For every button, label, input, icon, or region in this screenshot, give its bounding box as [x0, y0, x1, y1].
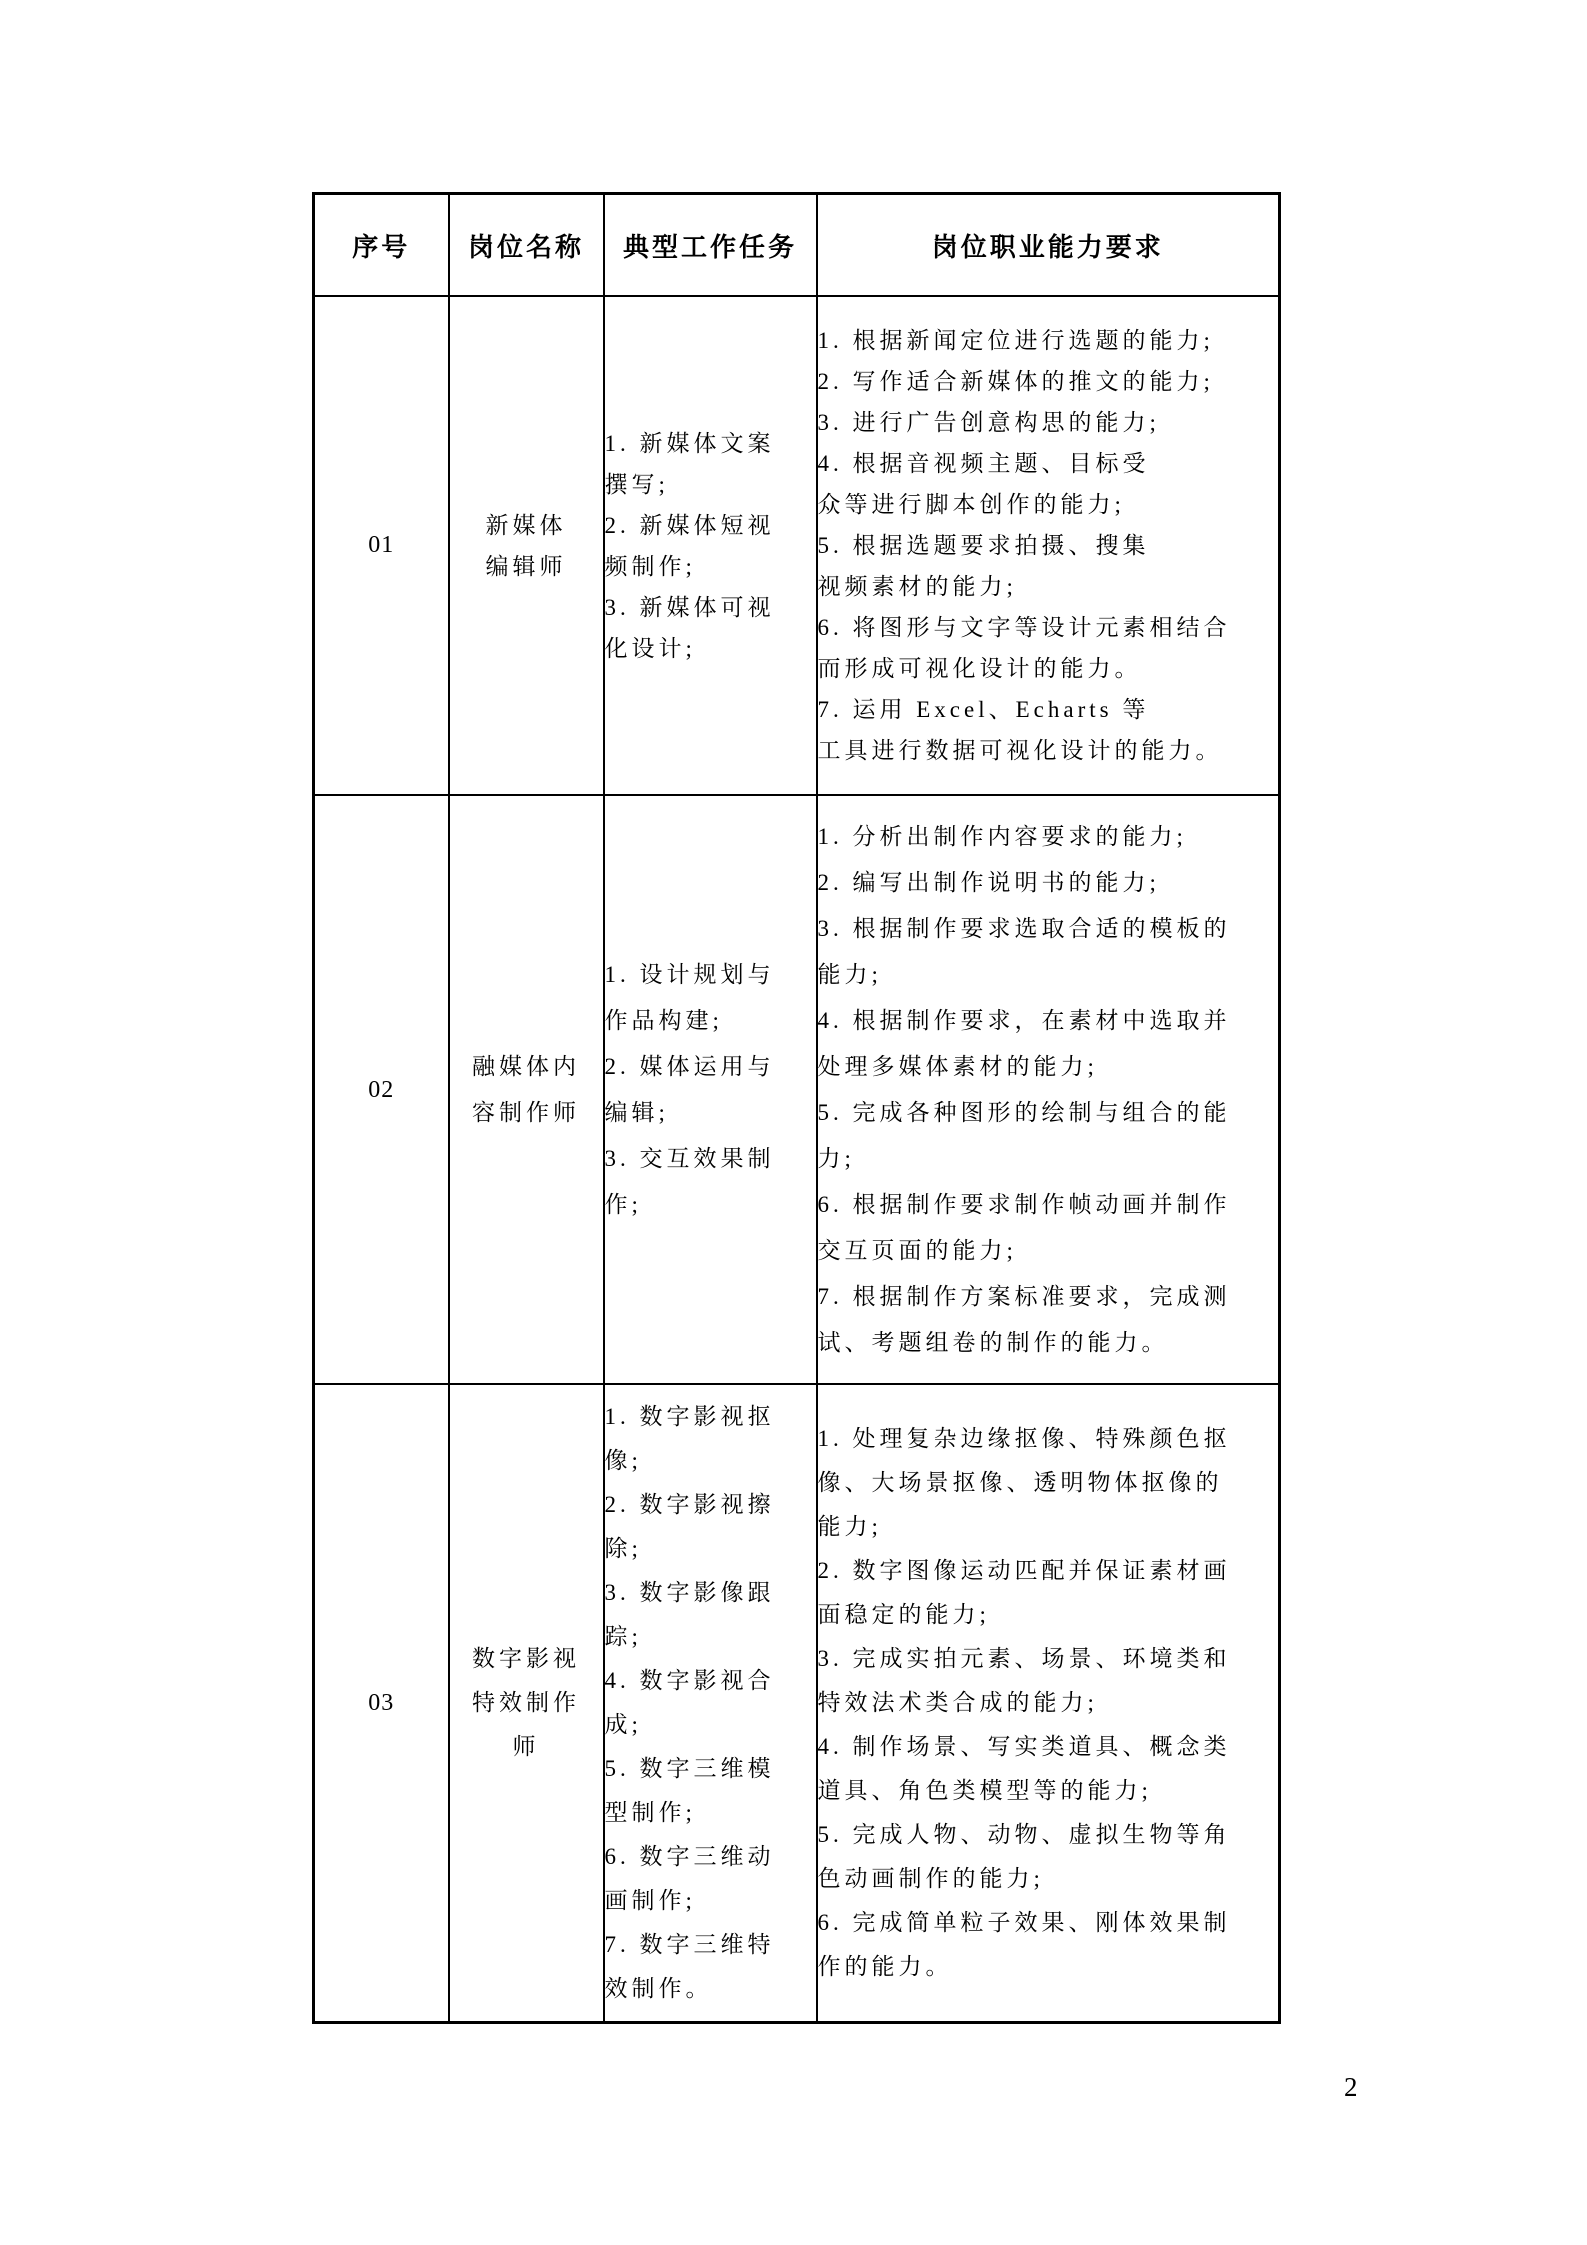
cell-text-line: 1. 处理复杂边缘抠像、特殊颜色抠 像、大场景抠像、透明物体抠像的 能力;: [818, 1417, 1279, 1549]
cell-position-name: 融媒体内 容制作师: [449, 795, 604, 1384]
cell-number: 01: [314, 296, 449, 795]
cell-text-line: 4. 根据音视频主题、目标受 众等进行脚本创作的能力;: [818, 443, 1279, 525]
cell-text-line: 6. 完成简单粒子效果、刚体效果制 作的能力。: [818, 1901, 1279, 1989]
table-row: 01 新媒体 编辑师 1. 新媒体文案 撰写;2. 新媒体短视 频制作;3. 新…: [314, 296, 1280, 795]
cell-text-line: 1. 新媒体文案 撰写;: [605, 423, 816, 505]
cell-text-line: 5. 完成各种图形的绘制与组合的能 力;: [818, 1090, 1279, 1182]
cell-text-line: 2. 写作适合新媒体的推文的能力;: [818, 361, 1279, 402]
document-page: 序号 岗位名称 典型工作任务 岗位职业能力要求 01 新媒体 编辑师 1. 新媒…: [0, 0, 1587, 2245]
header-cell-position-name: 岗位名称: [449, 194, 604, 297]
table-row: 02 融媒体内 容制作师 1. 设计规划与 作品构建;2. 媒体运用与 编辑;3…: [314, 795, 1280, 1384]
cell-text-line: 3. 根据制作要求选取合适的模板的 能力;: [818, 906, 1279, 998]
cell-text-line: 2. 编写出制作说明书的能力;: [818, 860, 1279, 906]
cell-position-name: 数字影视 特效制作 师: [449, 1384, 604, 2023]
cell-text-line: 5. 数字三维模 型制作;: [605, 1747, 816, 1835]
header-cell-ability-requirements: 岗位职业能力要求: [817, 194, 1280, 297]
cell-text-line: 5. 根据选题要求拍摄、搜集 视频素材的能力;: [818, 525, 1279, 607]
cell-number: 02: [314, 795, 449, 1384]
header-cell-typical-tasks: 典型工作任务: [604, 194, 817, 297]
cell-text-line: 7. 数字三维特 效制作。: [605, 1923, 816, 2011]
cell-number: 03: [314, 1384, 449, 2023]
cell-text-line: 2. 媒体运用与 编辑;: [605, 1044, 816, 1136]
positions-table: 序号 岗位名称 典型工作任务 岗位职业能力要求 01 新媒体 编辑师 1. 新媒…: [312, 192, 1281, 2024]
cell-text-line: 1. 设计规划与 作品构建;: [605, 952, 816, 1044]
cell-text-line: 7. 运用 Excel、Echarts 等 工具进行数据可视化设计的能力。: [818, 689, 1279, 771]
cell-text-line: 6. 数字三维动 画制作;: [605, 1835, 816, 1923]
cell-text-line: 1. 根据新闻定位进行选题的能力;: [818, 320, 1279, 361]
table-header-row: 序号 岗位名称 典型工作任务 岗位职业能力要求: [314, 194, 1280, 297]
cell-text-line: 2. 新媒体短视 频制作;: [605, 505, 816, 587]
cell-text-line: 3. 交互效果制 作;: [605, 1136, 816, 1228]
cell-text-line: 1. 分析出制作内容要求的能力;: [818, 814, 1279, 860]
cell-text-line: 4. 制作场景、写实类道具、概念类 道具、角色类模型等的能力;: [818, 1725, 1279, 1813]
cell-text-line: 4. 数字影视合 成;: [605, 1659, 816, 1747]
cell-text-line: 6. 根据制作要求制作帧动画并制作 交互页面的能力;: [818, 1182, 1279, 1274]
cell-text-line: 3. 完成实拍元素、场景、环境类和 特效法术类合成的能力;: [818, 1637, 1279, 1725]
cell-tasks: 1. 设计规划与 作品构建;2. 媒体运用与 编辑;3. 交互效果制 作;: [604, 795, 817, 1384]
table-row: 03 数字影视 特效制作 师 1. 数字影视抠 像;2. 数字影视擦 除;3. …: [314, 1384, 1280, 2023]
cell-text-line: 7. 根据制作方案标准要求，完成测 试、考题组卷的制作的能力。: [818, 1274, 1279, 1366]
cell-text-line: 6. 将图形与文字等设计元素相结合 而形成可视化设计的能力。: [818, 607, 1279, 689]
cell-text-line: 4. 根据制作要求，在素材中选取并 处理多媒体素材的能力;: [818, 998, 1279, 1090]
cell-text-line: 2. 数字图像运动匹配并保证素材画 面稳定的能力;: [818, 1549, 1279, 1637]
cell-text-line: 1. 数字影视抠 像;: [605, 1395, 816, 1483]
cell-requirements: 1. 处理复杂边缘抠像、特殊颜色抠 像、大场景抠像、透明物体抠像的 能力;2. …: [817, 1384, 1280, 2023]
cell-text-line: 2. 数字影视擦 除;: [605, 1483, 816, 1571]
cell-text-line: 3. 进行广告创意构思的能力;: [818, 402, 1279, 443]
cell-text-line: 3. 数字影像跟 踪;: [605, 1571, 816, 1659]
cell-tasks: 1. 数字影视抠 像;2. 数字影视擦 除;3. 数字影像跟 踪;4. 数字影视…: [604, 1384, 817, 2023]
page-number: 2: [1344, 2072, 1358, 2103]
cell-tasks: 1. 新媒体文案 撰写;2. 新媒体短视 频制作;3. 新媒体可视 化设计;: [604, 296, 817, 795]
cell-position-name: 新媒体 编辑师: [449, 296, 604, 795]
cell-text-line: 3. 新媒体可视 化设计;: [605, 587, 816, 669]
cell-requirements: 1. 分析出制作内容要求的能力;2. 编写出制作说明书的能力;3. 根据制作要求…: [817, 795, 1280, 1384]
header-cell-number: 序号: [314, 194, 449, 297]
cell-requirements: 1. 根据新闻定位进行选题的能力;2. 写作适合新媒体的推文的能力;3. 进行广…: [817, 296, 1280, 795]
cell-text-line: 5. 完成人物、动物、虚拟生物等角 色动画制作的能力;: [818, 1813, 1279, 1901]
